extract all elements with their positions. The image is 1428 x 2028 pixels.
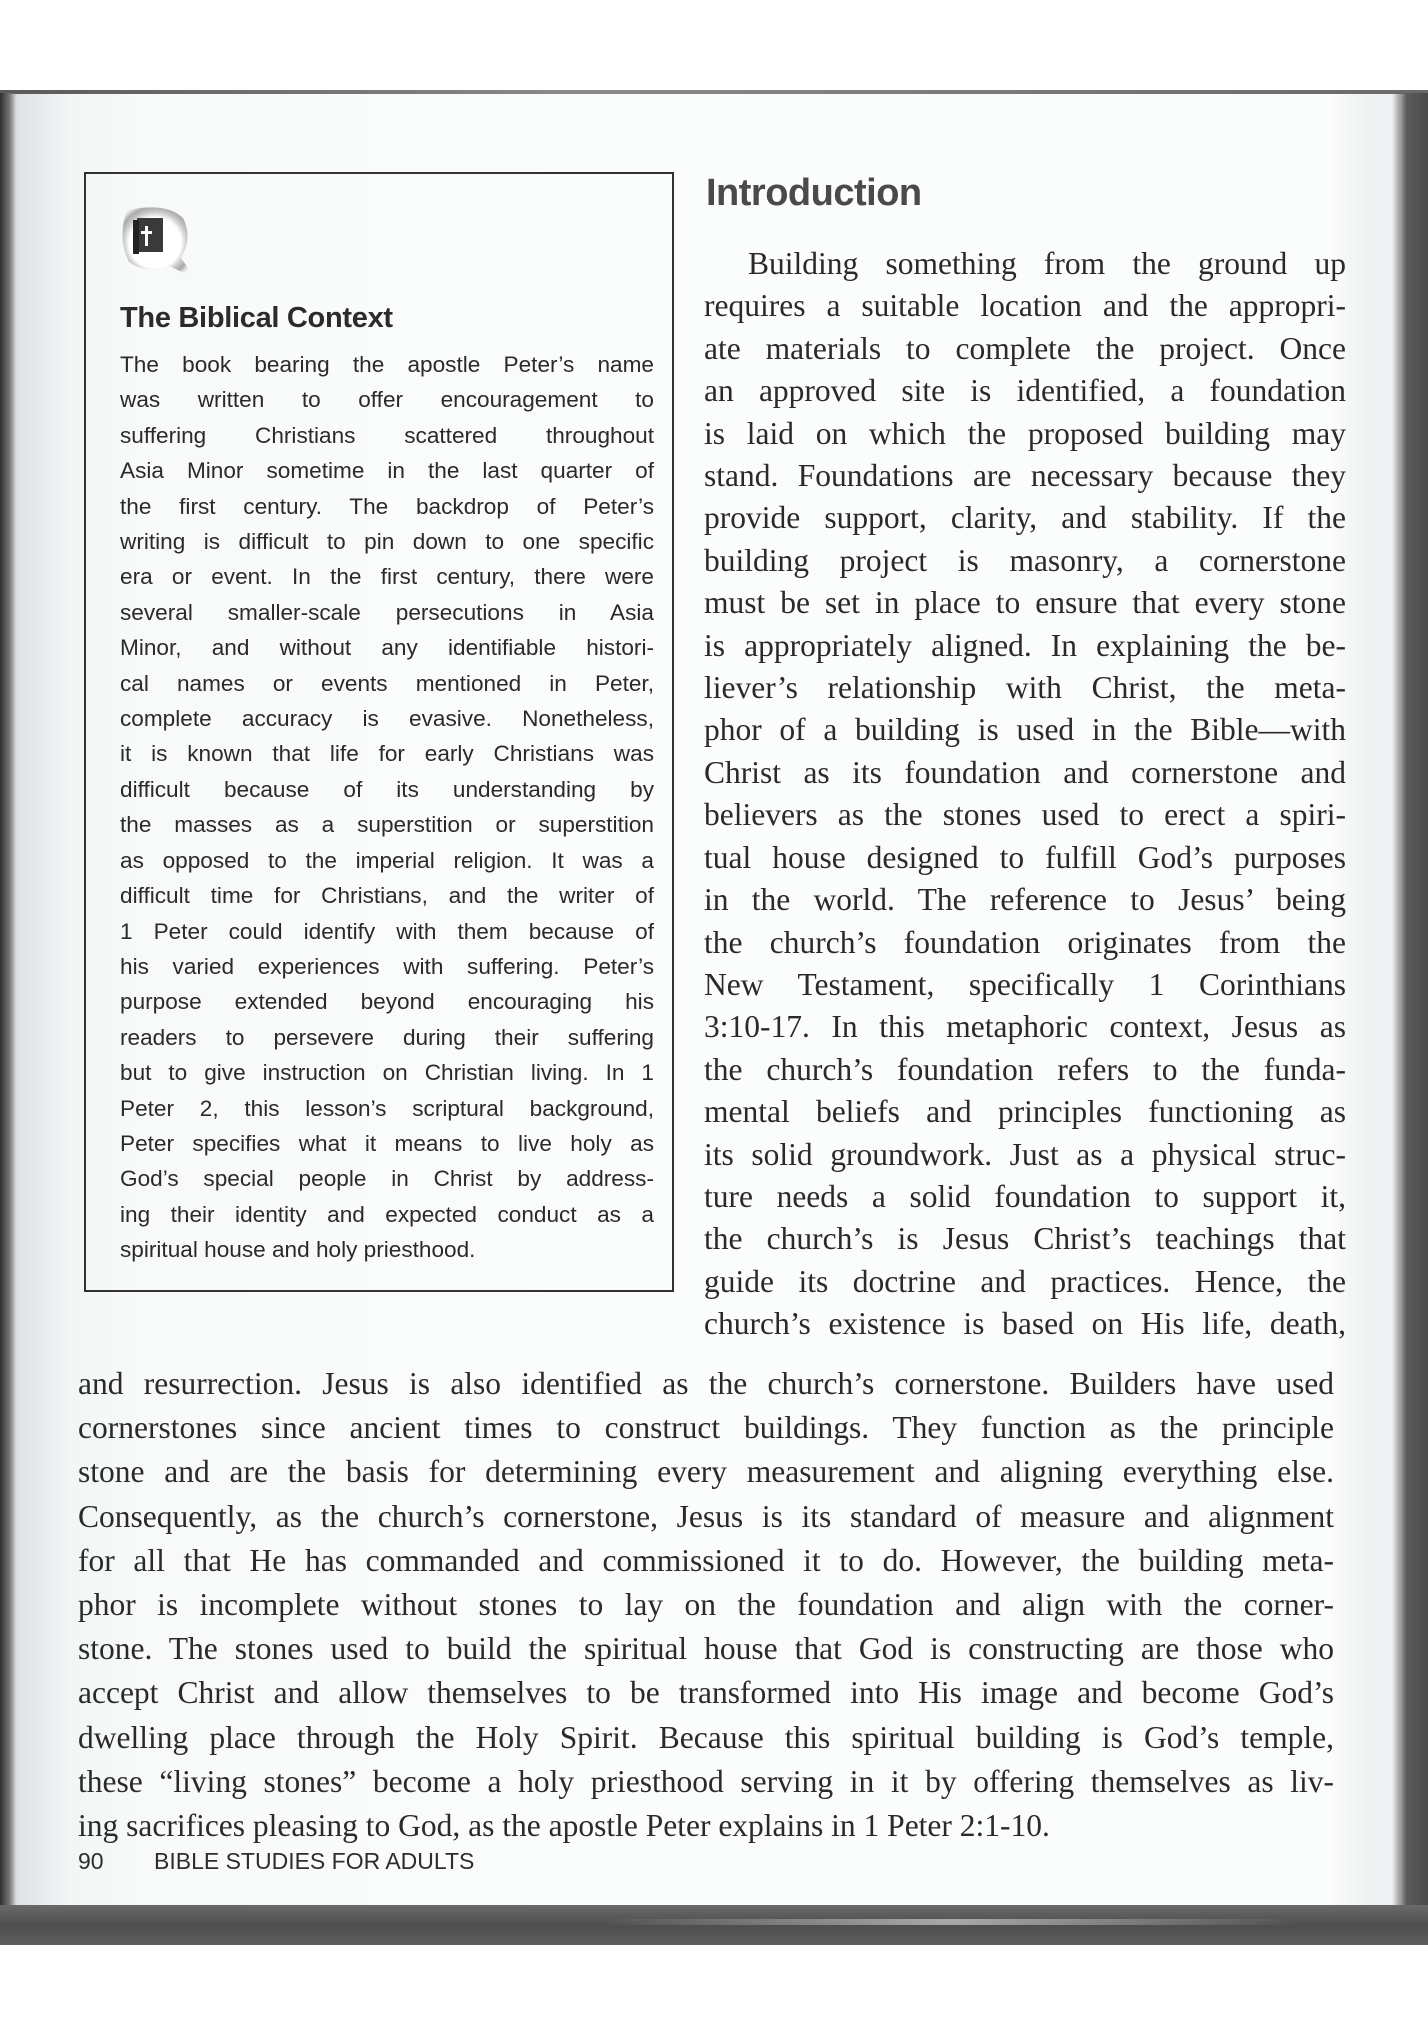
- text-line: stone. The stones used to build the spir…: [78, 1627, 1334, 1671]
- text-line: cal names or events mentioned in Peter,: [120, 666, 654, 701]
- text-line: era or event. In the first century, ther…: [120, 559, 654, 594]
- text-line: Building something from the ground up: [704, 243, 1346, 285]
- text-line: Minor, and without any identifiable hist…: [120, 630, 654, 665]
- text-line: New Testament, specifically 1 Corinthian…: [704, 964, 1346, 1006]
- text-line: Peter 2, this lesson’s scriptural backgr…: [120, 1091, 654, 1126]
- biblical-context-body: The book bearing the apostle Peter’s nam…: [120, 347, 654, 1268]
- text-line: requires a suitable location and the app…: [704, 285, 1346, 327]
- text-line: accept Christ and allow themselves to be…: [78, 1671, 1334, 1715]
- text-line: but to give instruction on Christian liv…: [120, 1055, 654, 1090]
- page-footer: 90BIBLE STUDIES FOR ADULTS: [78, 1848, 474, 1875]
- text-line: purpose extended beyond encouraging his: [120, 984, 654, 1019]
- text-line: provide support, clarity, and stability.…: [704, 497, 1346, 539]
- scan-edge-bottom: [0, 1905, 1428, 1945]
- text-line: Christ as its foundation and cornerstone…: [704, 752, 1346, 794]
- text-line: was written to offer encouragement to: [120, 382, 654, 417]
- text-line: guide its doctrine and practices. Hence,…: [704, 1261, 1346, 1303]
- text-line: ing their identity and expected conduct …: [120, 1197, 654, 1232]
- page-number: 90: [78, 1848, 154, 1875]
- text-line: it is known that life for early Christia…: [120, 736, 654, 771]
- text-line: phor of a building is used in the Bible—…: [704, 709, 1346, 751]
- text-line: ing sacrifices pleasing to God, as the a…: [78, 1804, 1334, 1848]
- text-line: the masses as a superstition or supersti…: [120, 807, 654, 842]
- text-line: the church’s foundation refers to the fu…: [704, 1049, 1346, 1091]
- biblical-context-box: The Biblical Context The book bearing th…: [84, 172, 674, 1292]
- text-line: liever’s relationship with Christ, the m…: [704, 667, 1346, 709]
- text-line: 3:10-17. In this metaphoric context, Jes…: [704, 1006, 1346, 1048]
- text-line: is appropriately aligned. In explaining …: [704, 625, 1346, 667]
- text-line: mental beliefs and principles functionin…: [704, 1091, 1346, 1133]
- text-line: and resurrection. Jesus is also identifi…: [78, 1362, 1334, 1406]
- introduction-fullwidth-text: and resurrection. Jesus is also identifi…: [78, 1362, 1334, 1848]
- binding-shadow: [0, 93, 16, 1911]
- text-line: The book bearing the apostle Peter’s nam…: [120, 347, 654, 382]
- page-edge-shadow: [1392, 93, 1428, 1943]
- text-line: Asia Minor sometime in the last quarter …: [120, 453, 654, 488]
- text-line: ture needs a solid foundation to support…: [704, 1176, 1346, 1218]
- text-line: readers to persevere during their suffer…: [120, 1020, 654, 1055]
- text-line: his varied experiences with suffering. P…: [120, 949, 654, 984]
- book-title: BIBLE STUDIES FOR ADULTS: [154, 1848, 474, 1874]
- text-line: difficult because of its understanding b…: [120, 772, 654, 807]
- text-line: for all that He has commanded and commis…: [78, 1539, 1334, 1583]
- text-line: believers as the stones used to erect a …: [704, 794, 1346, 836]
- biblical-context-title: The Biblical Context: [120, 302, 393, 335]
- text-line: church’s existence is based on His life,…: [704, 1303, 1346, 1345]
- text-line: suffering Christians scattered throughou…: [120, 418, 654, 453]
- text-line: these “living stones” become a holy prie…: [78, 1760, 1334, 1804]
- bible-speech-bubble-icon: [119, 204, 209, 284]
- text-line: the first century. The backdrop of Peter…: [120, 489, 654, 524]
- text-line: Peter specifies what it means to live ho…: [120, 1126, 654, 1161]
- text-line: is laid on which the proposed building m…: [704, 413, 1346, 455]
- text-line: stone and are the basis for determining …: [78, 1450, 1334, 1494]
- text-line: difficult time for Christians, and the w…: [120, 878, 654, 913]
- text-line: the church’s is Jesus Christ’s teachings…: [704, 1218, 1346, 1260]
- scan-edge-top: [0, 90, 1428, 94]
- text-line: stand. Foundations are necessary because…: [704, 455, 1346, 497]
- text-line: tual house designed to fulfill God’s pur…: [704, 837, 1346, 879]
- text-line: spiritual house and holy priesthood.: [120, 1232, 654, 1267]
- text-line: several smaller-scale persecutions in As…: [120, 595, 654, 630]
- introduction-column-text: Building something from the ground up re…: [704, 243, 1346, 1346]
- text-line: an approved site is identified, a founda…: [704, 370, 1346, 412]
- text-line: ate materials to complete the project. O…: [704, 328, 1346, 370]
- text-line: God’s special people in Christ by addres…: [120, 1161, 654, 1196]
- text-line: 1 Peter could identify with them because…: [120, 914, 654, 949]
- text-line: its solid groundwork. Just as a physical…: [704, 1134, 1346, 1176]
- text-line: Consequently, as the church’s cornerston…: [78, 1495, 1334, 1539]
- text-line: the church’s foundation originates from …: [704, 922, 1346, 964]
- text-line: must be set in place to ensure that ever…: [704, 582, 1346, 624]
- text-line: cornerstones since ancient times to cons…: [78, 1406, 1334, 1450]
- text-line: phor is incomplete without stones to lay…: [78, 1583, 1334, 1627]
- text-line: building project is masonry, a cornersto…: [704, 540, 1346, 582]
- text-line: in the world. The reference to Jesus’ be…: [704, 879, 1346, 921]
- text-line: writing is difficult to pin down to one …: [120, 524, 654, 559]
- text-line: as opposed to the imperial religion. It …: [120, 843, 654, 878]
- text-line: complete accuracy is evasive. Nonetheles…: [120, 701, 654, 736]
- introduction-heading: Introduction: [706, 172, 922, 215]
- text-line: dwelling place through the Holy Spirit. …: [78, 1716, 1334, 1760]
